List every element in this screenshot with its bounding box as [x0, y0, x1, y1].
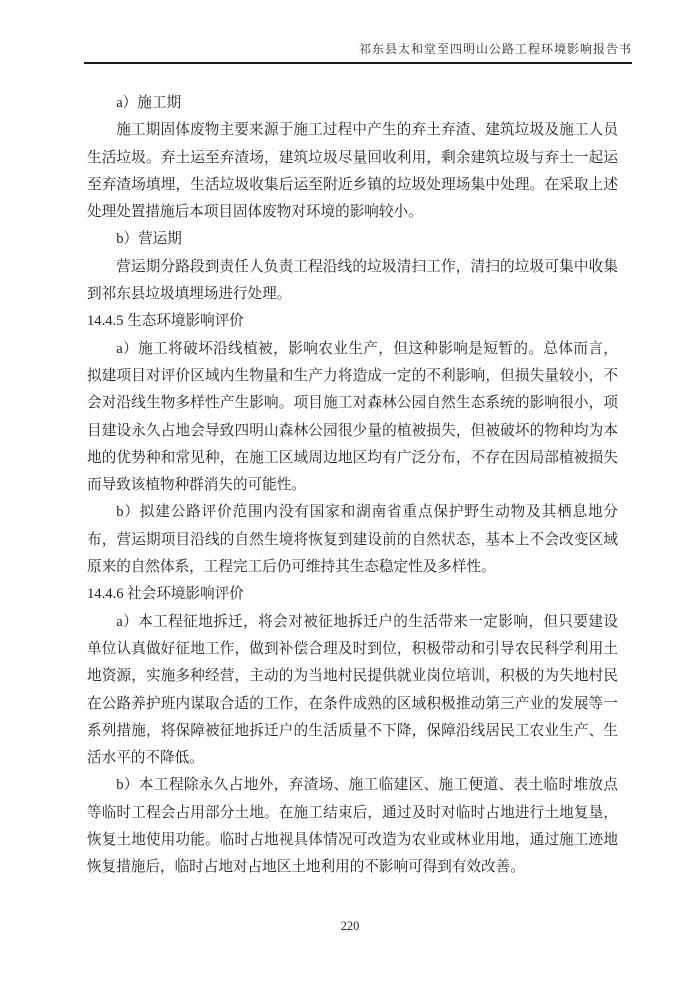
section-heading-14-4-6-social-impact: 14.4.6 社会环境影响评价: [87, 581, 618, 608]
paragraph-vegetation-impact: a）施工将破坏沿线植被，影响农业生产，但这种影响是短暂的。总体而言，拟建项目对评…: [87, 336, 618, 500]
report-page: 祁东县太和堂至四明山公路工程环境影响报告书 a）施工期 施工期固体废物主要来源于…: [0, 0, 700, 990]
section-heading-14-4-5-ecological-impact: 14.4.5 生态环境影响评价: [87, 308, 618, 335]
paragraph-land-acquisition-resettlement: a）本工程征地拆迁，将会对被征地拆迁户的生活带来一定影响，但只要建设单位认真做好…: [87, 609, 618, 773]
running-header-title: 祁东县太和堂至四明山公路工程环境影响报告书: [84, 40, 632, 64]
subheading-a-construction-period: a）施工期: [87, 90, 618, 117]
page-number: 220: [0, 919, 700, 934]
paragraph-temporary-land-occupation: b）本工程除永久占地外，弃渣场、施工临建区、施工便道、表土临时堆放点等临时工程会…: [87, 772, 618, 881]
paragraph-wildlife-habitat: b）拟建公路评价范围内没有国家和湖南省重点保护野生动物及其栖息地分布，营运期项目…: [87, 499, 618, 581]
paragraph-construction-solid-waste: 施工期固体废物主要来源于施工过程中产生的弃土弃渣、建筑垃圾及施工人员生活垃圾。弃…: [87, 117, 618, 226]
paragraph-operation-waste-cleaning: 营运期分路段到责任人负责工程沿线的垃圾清扫工作，清扫的垃圾可集中收集到祁东县垃圾…: [87, 254, 618, 309]
page-body: a）施工期 施工期固体废物主要来源于施工过程中产生的弃土弃渣、建筑垃圾及施工人员…: [87, 90, 618, 882]
subheading-b-operation-period: b）营运期: [87, 226, 618, 253]
